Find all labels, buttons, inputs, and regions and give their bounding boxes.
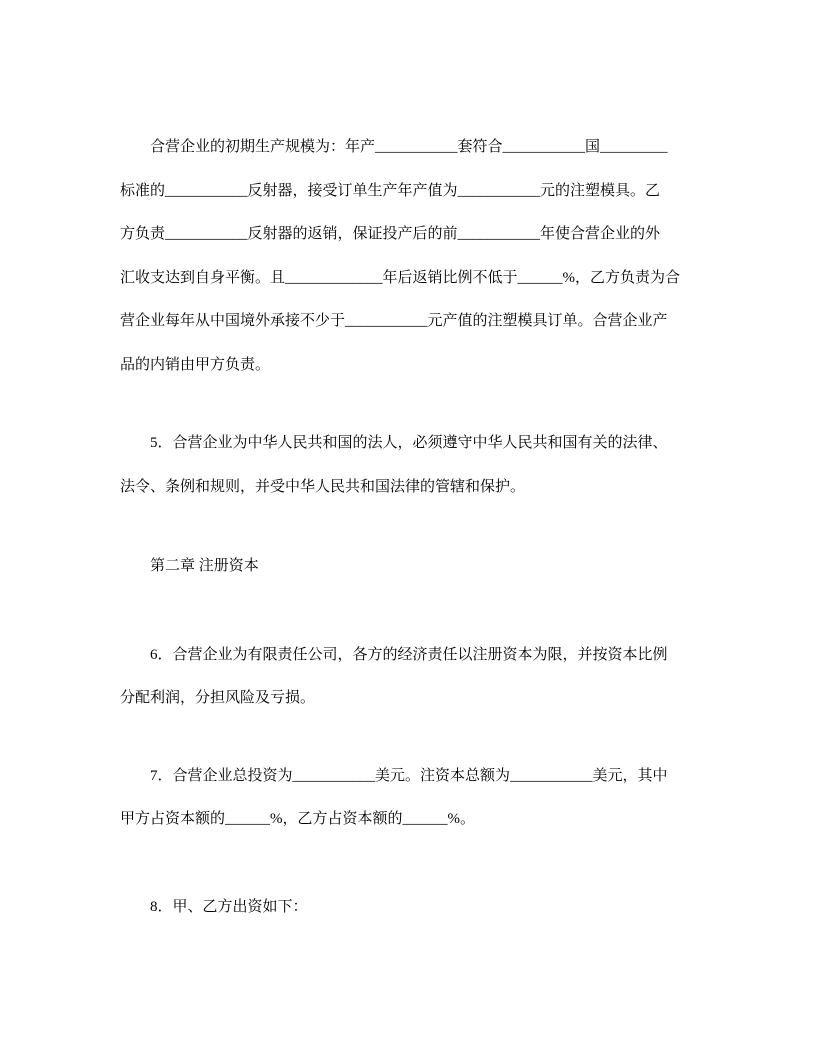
text-line: 方负责___________反射器的返销，保证投产后的前___________年… <box>120 213 700 257</box>
paragraph-clause-6: 6．合营企业为有限责任公司，各方的经济责任以注册资本为限，并按资本比例 分配利润… <box>120 634 700 721</box>
text-line: 7．合营企业总投资为___________美元。注资本总额为__________… <box>120 755 700 799</box>
paragraph-clause-7: 7．合营企业总投资为___________美元。注资本总额为__________… <box>120 755 700 842</box>
paragraph-production-scale: 合营企业的初期生产规模为：年产___________套符合___________… <box>120 126 700 387</box>
text-line: 8．甲、乙方出资如下： <box>120 886 700 930</box>
document-body: 合营企业的初期生产规模为：年产___________套符合___________… <box>120 126 700 929</box>
text-line: 标准的___________反射器，接受订单生产年产值为___________元… <box>120 170 700 214</box>
text-line: 6．合营企业为有限责任公司，各方的经济责任以注册资本为限，并按资本比例 <box>120 634 700 678</box>
text-line: 营企业每年从中国境外承接不少于___________元产值的注塑模具订单。合营企… <box>120 300 700 344</box>
text-line: 5．合营企业为中华人民共和国的法人，必须遵守中华人民共和国有关的法律、 <box>120 422 700 466</box>
text-line: 甲方占资本额的______%，乙方占资本额的______%。 <box>120 798 700 842</box>
text-line: 汇收支达到自身平衡。且_____________年后返销比例不低于______%… <box>120 257 700 301</box>
paragraph-clause-5: 5．合营企业为中华人民共和国的法人，必须遵守中华人民共和国有关的法律、 法令、条… <box>120 422 700 509</box>
text-line: 合营企业的初期生产规模为：年产___________套符合___________… <box>120 126 700 170</box>
chapter-2-heading: 第二章 注册资本 <box>120 545 700 589</box>
text-line: 品的内销由甲方负责。 <box>120 344 700 388</box>
text-line: 分配利润，分担风险及亏损。 <box>120 677 700 721</box>
contract-document-page: 合营企业的初期生产规模为：年产___________套符合___________… <box>0 0 816 1056</box>
text-line: 法令、条例和规则，并受中华人民共和国法律的管辖和保护。 <box>120 466 700 510</box>
paragraph-clause-8: 8．甲、乙方出资如下： <box>120 886 700 930</box>
